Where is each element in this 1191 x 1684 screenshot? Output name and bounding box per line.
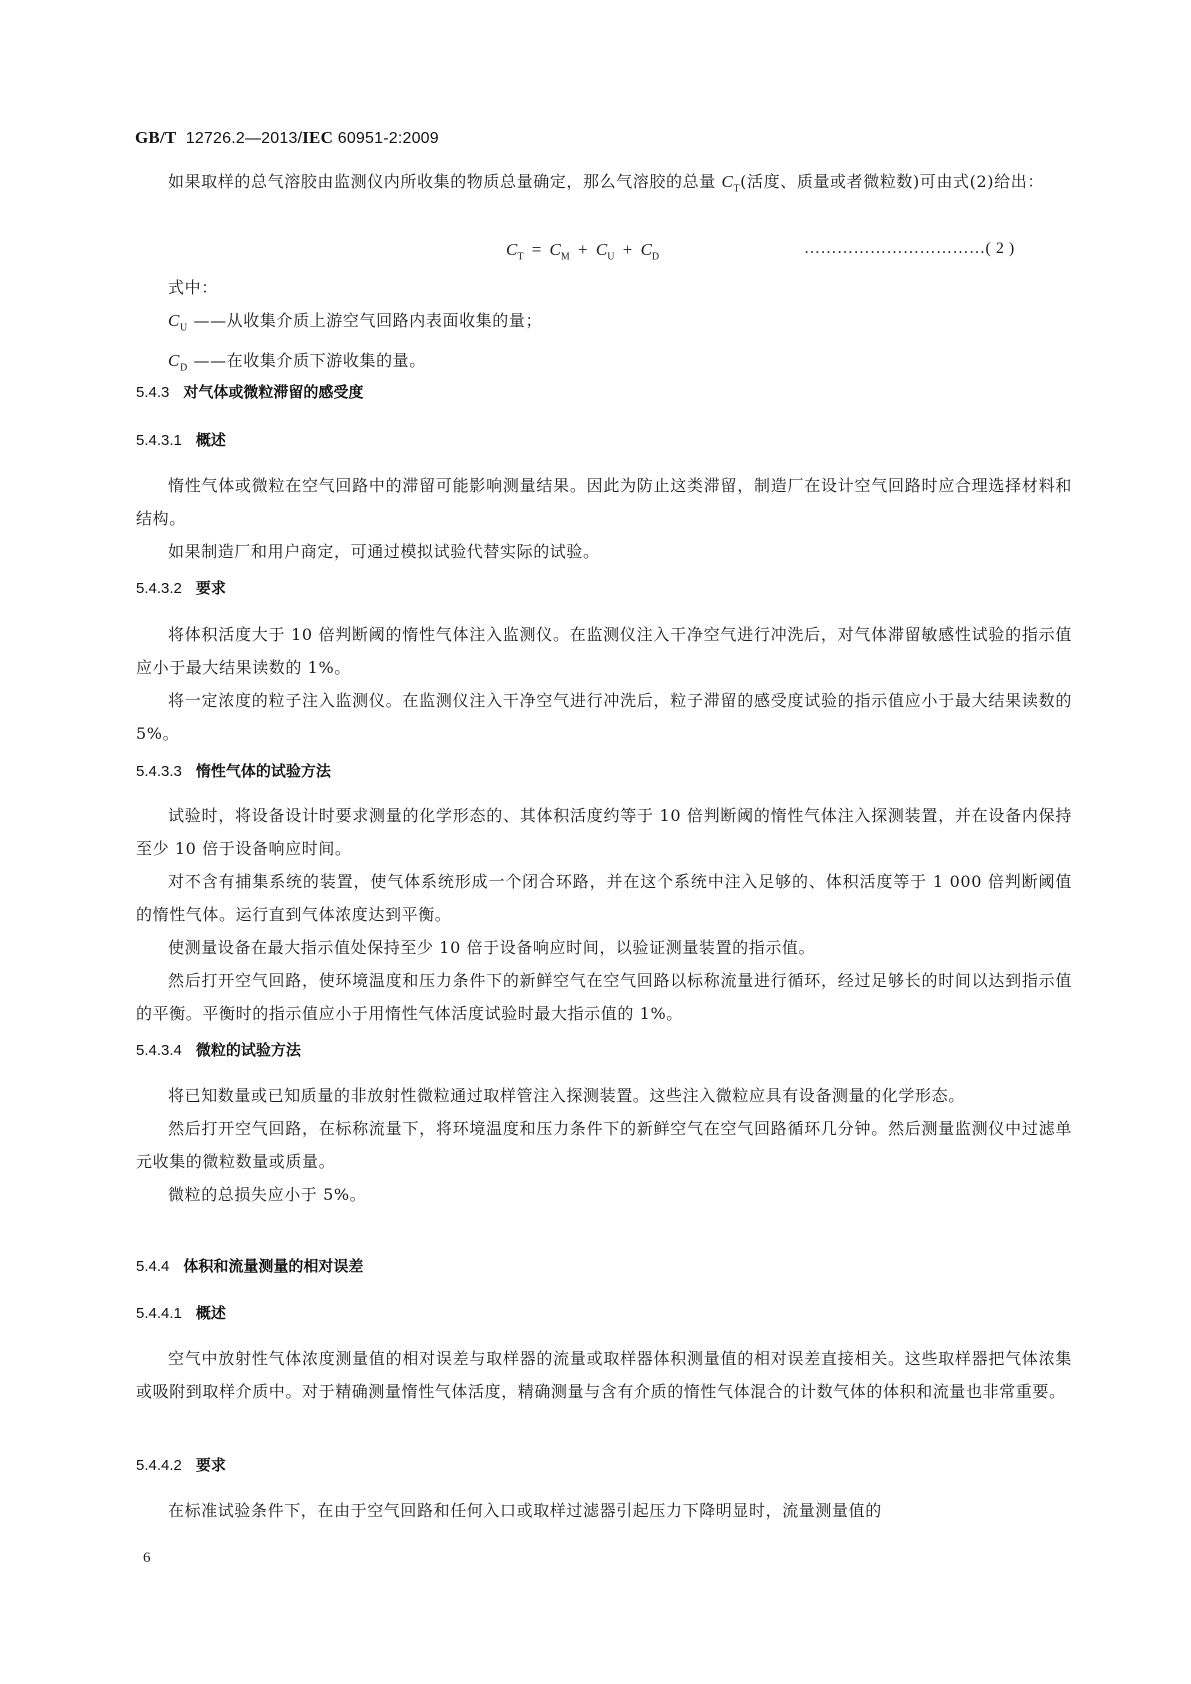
heading-5-4-3-2: 5.4.3.2要求 xyxy=(136,577,226,598)
standard-header: GB/T 12726.2—2013/IEC 60951-2:2009 xyxy=(135,128,439,148)
where-label: 式中： xyxy=(136,271,1072,304)
std-prefix: GB/T xyxy=(135,128,176,147)
section-5-4-3-1-body: 惰性气体或微粒在空气回路中的滞留可能影响测量结果。因此为防止这类滞留，制造厂在设… xyxy=(136,469,1072,568)
definition-cu: CU ——从收集介质上游空气回路内表面收集的量； xyxy=(136,304,1072,344)
paragraph: 然后打开空气回路，在标称流量下，将环境温度和压力条件下的新鲜空气在空气回路循环几… xyxy=(136,1112,1072,1178)
definition-cd: CD ——在收集介质下游收集的量。 xyxy=(136,344,1072,384)
where-block: 式中： CU ——从收集介质上游空气回路内表面收集的量； CD ——在收集介质下… xyxy=(136,271,1072,385)
heading-5-4-3-3: 5.4.3.3惰性气体的试验方法 xyxy=(136,760,331,781)
intro-text-a: 如果取样的总气溶胶由监测仪内所收集的物质总量确定，那么气溶胶的总量 xyxy=(168,172,716,191)
heading-5-4-4-2: 5.4.4.2要求 xyxy=(136,1454,226,1475)
std-number: 12726.2—2013/ xyxy=(186,130,302,147)
intro-paragraph: 如果取样的总气溶胶由监测仪内所收集的物质总量确定，那么气溶胶的总量 CT(活度、… xyxy=(136,165,1072,205)
paragraph: 在标准试验条件下，在由于空气回路和任何入口或取样过滤器引起压力下降明显时，流量测… xyxy=(136,1494,1072,1527)
page-number: 6 xyxy=(143,1550,151,1567)
paragraph: 将一定浓度的粒子注入监测仪。在监测仪注入干净空气进行冲洗后，粒子滞留的感受度试验… xyxy=(136,684,1072,750)
section-5-4-3-4-body: 将已知数量或已知质量的非放射性微粒通过取样管注入探测装置。这些注入微粒应具有设备… xyxy=(136,1079,1072,1211)
paragraph: 惰性气体或微粒在空气回路中的滞留可能影响测量结果。因此为防止这类滞留，制造厂在设… xyxy=(136,469,1072,535)
section-5-4-3-2-body: 将体积活度大于 10 倍判断阈的惰性气体注入监测仪。在监测仪注入干净空气进行冲洗… xyxy=(136,618,1072,750)
paragraph: 对不含有捕集系统的装置，使气体系统形成一个闭合环路，并在这个系统中注入足够的、体… xyxy=(136,865,1072,931)
heading-5-4-3: 5.4.3对气体或微粒滞留的感受度 xyxy=(136,381,363,402)
paragraph: 空气中放射性气体浓度测量值的相对误差与取样器的流量或取样器体积测量值的相对误差直… xyxy=(136,1342,1072,1408)
equation-number: ……………………………( 2 ) xyxy=(804,240,1015,258)
paragraph: 将已知数量或已知质量的非放射性微粒通过取样管注入探测装置。这些注入微粒应具有设备… xyxy=(136,1079,1072,1112)
section-5-4-3-3-body: 试验时，将设备设计时要求测量的化学形态的、其体积活度约等于 10 倍判断阈的惰性… xyxy=(136,799,1072,1030)
section-5-4-4-2-body: 在标准试验条件下，在由于空气回路和任何入口或取样过滤器引起压力下降明显时，流量测… xyxy=(136,1494,1072,1527)
paragraph: 将体积活度大于 10 倍判断阈的惰性气体注入监测仪。在监测仪注入干净空气进行冲洗… xyxy=(136,618,1072,684)
heading-5-4-4-1: 5.4.4.1概述 xyxy=(136,1302,226,1323)
heading-5-4-3-4: 5.4.3.4微粒的试验方法 xyxy=(136,1039,301,1060)
var-ct: CT xyxy=(722,172,741,191)
paragraph: 试验时，将设备设计时要求测量的化学形态的、其体积活度约等于 10 倍判断阈的惰性… xyxy=(136,799,1072,865)
intro-text-b: (活度、质量或者微粒数)可由式(2)给出： xyxy=(740,172,1044,191)
document-page: GB/T 12726.2—2013/IEC 60951-2:2009 如果取样的… xyxy=(0,0,1191,1684)
formula-2: CT = CM + CU + CD xyxy=(506,240,659,262)
paragraph: 使测量设备在最大指示值处保持至少 10 倍于设备响应时间，以验证测量装置的指示值… xyxy=(136,931,1072,964)
paragraph: 如果制造厂和用户商定，可通过模拟试验代替实际的试验。 xyxy=(136,535,1072,568)
heading-5-4-3-1: 5.4.3.1概述 xyxy=(136,429,226,450)
paragraph: 微粒的总损失应小于 5%。 xyxy=(136,1178,1072,1211)
iec-number: 60951-2:2009 xyxy=(338,130,439,147)
iec-prefix: IEC xyxy=(302,128,333,147)
section-5-4-4-1-body: 空气中放射性气体浓度测量值的相对误差与取样器的流量或取样器体积测量值的相对误差直… xyxy=(136,1342,1072,1408)
paragraph: 然后打开空气回路，使环境温度和压力条件下的新鲜空气在空气回路以标称流量进行循环，… xyxy=(136,964,1072,1030)
heading-5-4-4: 5.4.4体积和流量测量的相对误差 xyxy=(136,1255,363,1276)
